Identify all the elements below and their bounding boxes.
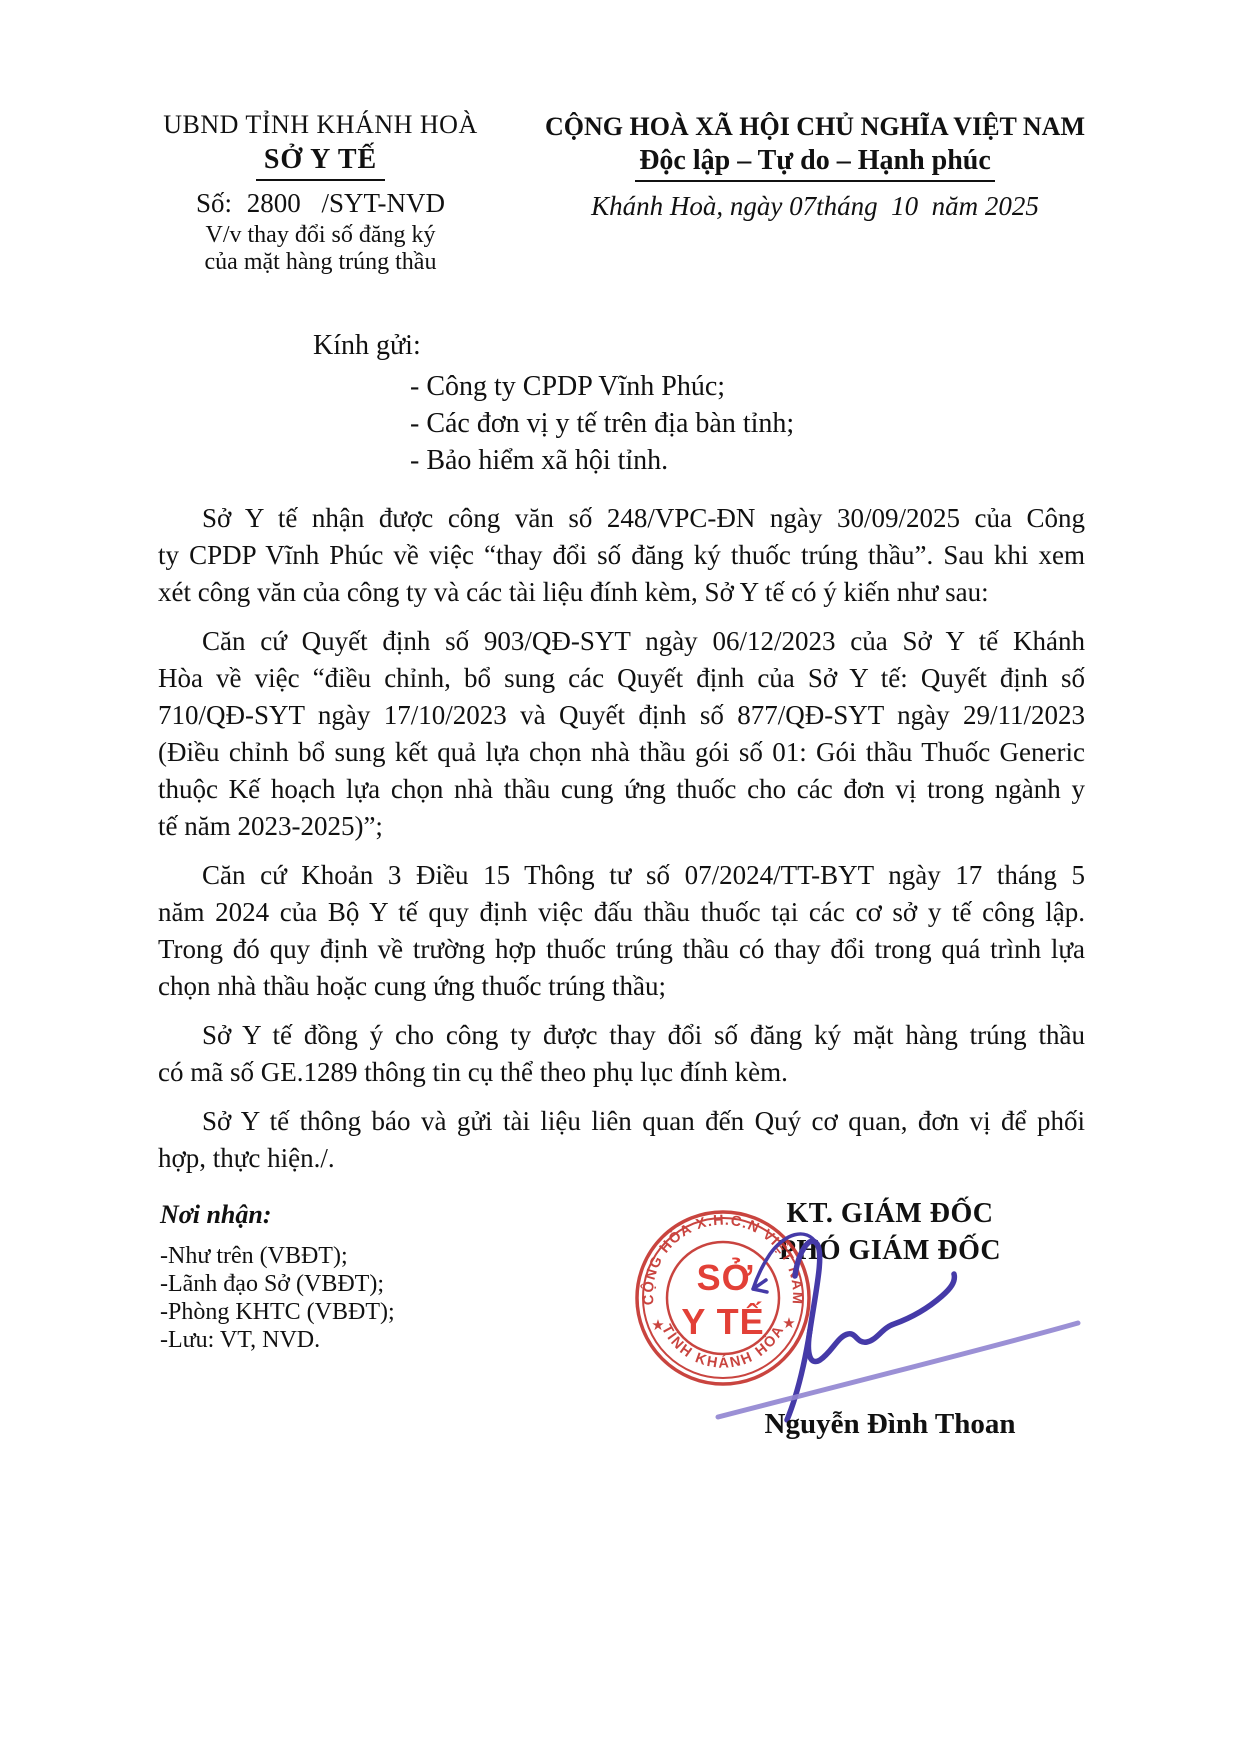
national-motto: Độc lập – Tự do – Hạnh phúc (635, 145, 995, 182)
paragraph-line: Căn cứ Khoản 3 Điều 15 Thông tư số 07/20… (158, 857, 1085, 894)
issuer-name-wrap: SỞ Y TẾ (148, 144, 493, 181)
paragraph-line: Sở Y tế đồng ý cho công ty được thay đổi… (158, 1017, 1085, 1054)
paragraph-line: 710/QĐ-SYT ngày 17/10/2023 và Quyết định… (158, 697, 1085, 734)
paragraph: Căn cứ Khoản 3 Điều 15 Thông tư số 07/20… (158, 857, 1085, 1005)
doc-number-label: Số: (196, 188, 232, 218)
paragraph-line: chọn nhà thầu hoặc cung ứng thuốc trúng … (158, 968, 1085, 1005)
subject-line-2: của mặt hàng trúng thầu (148, 249, 493, 276)
recipient-line: - Các đơn vị y tế trên địa bàn tỉnh; (410, 405, 794, 442)
noi-nhan-label: Nơi nhận: (160, 1200, 395, 1230)
paragraph: Sở Y tế đồng ý cho công ty được thay đổi… (158, 1017, 1085, 1091)
paragraph-line: Trong đó quy định về trường hợp thuốc tr… (158, 931, 1085, 968)
document-number-line: Số: 2800 /SYT-NVD (148, 188, 493, 219)
paragraph-line: năm 2024 của Bộ Y tế quy định việc đấu t… (158, 894, 1085, 931)
paragraph: Sở Y tế nhận được công văn số 248/VPC-ĐN… (158, 500, 1085, 611)
paragraph-line: có mã số GE.1289 thông tin cụ thể theo p… (158, 1054, 1085, 1091)
noi-nhan-items: -Như trên (VBĐT);-Lãnh đạo Sở (VBĐT);-Ph… (160, 1242, 395, 1354)
paragraph-line: hợp, thực hiện./. (158, 1140, 1085, 1177)
noi-nhan-item: -Như trên (VBĐT); (160, 1242, 395, 1270)
paragraph-line: xét công văn của công ty và các tài liệu… (158, 574, 1085, 611)
official-letter-page: UBND TỈNH KHÁNH HOÀ SỞ Y TẾ Số: 2800 /SY… (0, 0, 1241, 1755)
national-header-block: CỘNG HOÀ XÃ HỘI CHỦ NGHĨA VIỆT NAM Độc l… (535, 112, 1095, 222)
paragraph-line: Hòa về việc “điều chỉnh, bổ sung các Quy… (158, 660, 1085, 697)
signer-name: Nguyễn Đình Thoan (700, 1408, 1080, 1441)
paragraph-line: Sở Y tế thông báo và gửi tài liệu liên q… (158, 1103, 1085, 1140)
national-motto-wrap: Độc lập – Tự do – Hạnh phúc (535, 145, 1095, 182)
doc-number-suffix: /SYT-NVD (322, 188, 446, 218)
paragraph-line: tế năm 2023-2025)”; (158, 808, 1085, 845)
noi-nhan-item: -Lưu: VT, NVD. (160, 1326, 395, 1354)
body-paragraphs: Sở Y tế nhận được công văn số 248/VPC-ĐN… (158, 500, 1085, 1189)
salutation-label: Kính gửi: (313, 330, 421, 362)
issuer-parent: UBND TỈNH KHÁNH HOÀ (148, 110, 493, 140)
issuing-agency-block: UBND TỈNH KHÁNH HOÀ SỞ Y TẾ Số: 2800 /SY… (148, 110, 493, 276)
recipient-line: - Công ty CPDP Vĩnh Phúc; (410, 368, 794, 405)
national-title: CỘNG HOÀ XÃ HỘI CHỦ NGHĨA VIỆT NAM (535, 112, 1095, 142)
signature-main-stroke (795, 1241, 954, 1361)
signature-descender (787, 1330, 810, 1420)
paragraph-line: ty CPDP Vĩnh Phúc về việc “thay đổi số đ… (158, 537, 1085, 574)
doc-number: 2800 (247, 188, 301, 218)
paragraph: Sở Y tế thông báo và gửi tài liệu liên q… (158, 1103, 1085, 1177)
paragraph-line: Sở Y tế nhận được công văn số 248/VPC-ĐN… (158, 500, 1085, 537)
paragraph-line: Căn cứ Quyết định số 903/QĐ-SYT ngày 06/… (158, 623, 1085, 660)
issuer-name: SỞ Y TẾ (256, 144, 385, 181)
signature-flourish-line (718, 1323, 1078, 1417)
recipient-list: - Công ty CPDP Vĩnh Phúc;- Các đơn vị y … (410, 368, 794, 479)
recipients-footer-block: Nơi nhận: -Như trên (VBĐT);-Lãnh đạo Sở … (160, 1200, 395, 1354)
paragraph-line: thuộc Kế hoạch lựa chọn nhà thầu cung ứn… (158, 771, 1085, 808)
paragraph: Căn cứ Quyết định số 903/QĐ-SYT ngày 06/… (158, 623, 1085, 845)
recipient-line: - Bảo hiểm xã hội tỉnh. (410, 442, 794, 479)
noi-nhan-item: -Phòng KHTC (VBĐT); (160, 1298, 395, 1326)
subject-line-1: V/v thay đổi số đăng ký (148, 222, 493, 249)
noi-nhan-item: -Lãnh đạo Sở (VBĐT); (160, 1270, 395, 1298)
paragraph-line: (Điều chỉnh bổ sung kết quả lựa chọn nhà… (158, 734, 1085, 771)
place-date-line: Khánh Hoà, ngày 07tháng 10 năm 2025 (535, 191, 1095, 222)
